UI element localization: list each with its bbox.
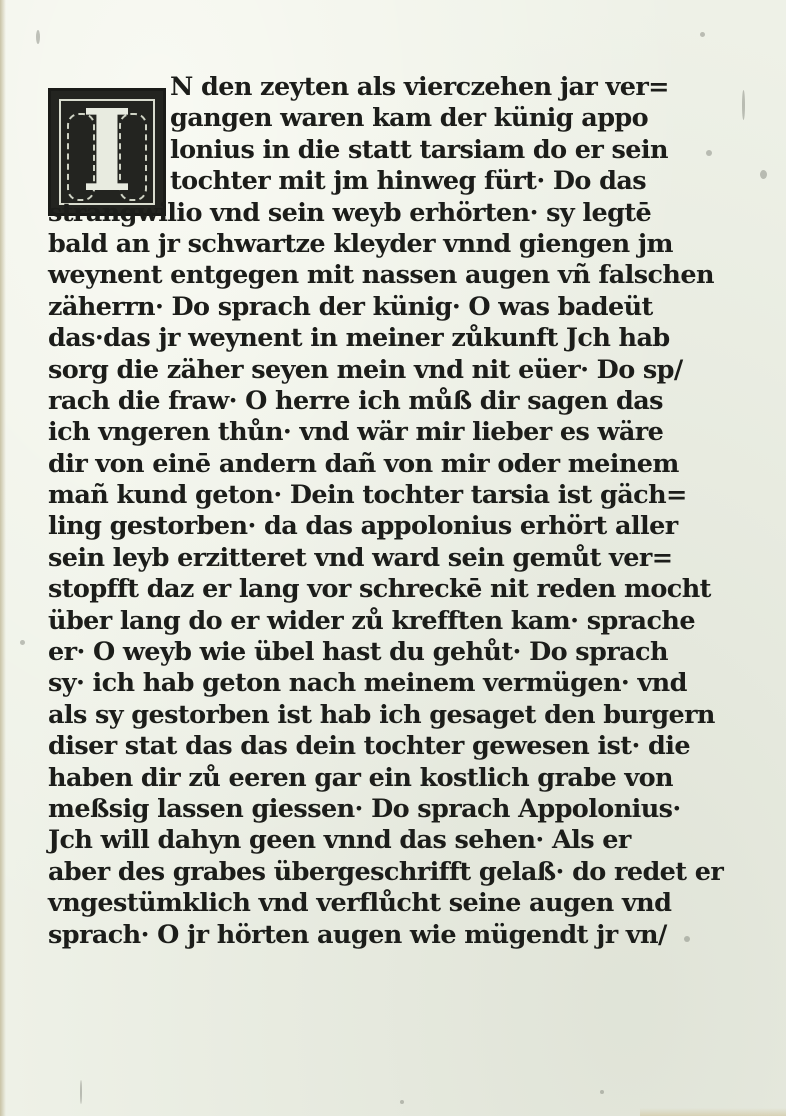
text-line: dir von einē andern dañ von mir oder mei… (48, 449, 668, 480)
text-line: als sy gestorben ist hab ich gesaget den… (48, 700, 668, 731)
text-line: meßsig lassen giessen· Do sprach Appolon… (48, 794, 668, 825)
text-line: ich vngeren thůn· vnd wär mir lieber es … (48, 417, 668, 448)
text-line: Jch will dahyn geen vnnd das sehen· Als … (48, 825, 668, 856)
text-line: sein leyb erzitteret vnd ward sein gemůt… (48, 543, 668, 574)
text-line: N den zeyten als vierczehen jar ver= (48, 72, 668, 103)
text-line: vngestümklich vnd verflůcht seine augen … (48, 888, 668, 919)
text-line: sorg die zäher seyen mein vnd nit eüer· … (48, 355, 668, 386)
text-line: zäherrn· Do sprach der künig· O was bade… (48, 292, 668, 323)
text-line: sprach· O jr hörten augen wie mügendt jr… (48, 920, 668, 951)
text-line: tochter mit jm hinweg fürt· Do das (48, 166, 668, 197)
ink-speck (20, 640, 25, 645)
text-line: rach die fraw· O herre ich můß dir sagen… (48, 386, 668, 417)
text-line: aber des grabes übergeschrifft gelaß· do… (48, 857, 668, 888)
body-text: N den zeyten als vierczehen jar ver= gan… (48, 72, 668, 951)
text-line: diser stat das das dein tochter gewesen … (48, 731, 668, 762)
text-line: das·das jr weynent in meiner zůkunft Jch… (48, 323, 668, 354)
ink-speck (600, 1090, 604, 1094)
text-line: er· O weyb wie übel hast du gehůt· Do sp… (48, 637, 668, 668)
ink-speck (742, 90, 745, 120)
scanned-page: I N den zeyten als vierczehen jar ver= g… (0, 0, 786, 1116)
ink-speck (80, 1080, 82, 1104)
text-line: weynent entgegen mit nassen augen vñ fal… (48, 260, 668, 291)
ink-speck (400, 1100, 404, 1104)
ink-speck (700, 32, 705, 37)
ink-speck (36, 30, 40, 44)
text-line: sy· ich hab geton nach meinem vermügen· … (48, 668, 668, 699)
text-line: bald an jr schwartze kleyder vnnd gienge… (48, 229, 668, 260)
text-line: stopfft daz er lang vor schreckē nit red… (48, 574, 668, 605)
ink-speck (684, 936, 690, 942)
text-line: ling gestorben· da das appolonius erhört… (48, 511, 668, 542)
ink-speck (760, 170, 767, 179)
text-line: gangen waren kam der künig appo (48, 103, 668, 134)
text-line: strangwilio vnd sein weyb erhörten· sy l… (48, 198, 668, 229)
text-line: mañ kund geton· Dein tochter tarsia ist … (48, 480, 668, 511)
text-line: über lang do er wider zů krefften kam· s… (48, 606, 668, 637)
text-line: haben dir zů eeren gar ein kostlich grab… (48, 763, 668, 794)
text-line: lonius in die statt tarsiam do er sein (48, 135, 668, 166)
page-bottom-edge (640, 1108, 786, 1116)
page-left-edge (0, 0, 6, 1116)
ink-speck (706, 150, 712, 156)
